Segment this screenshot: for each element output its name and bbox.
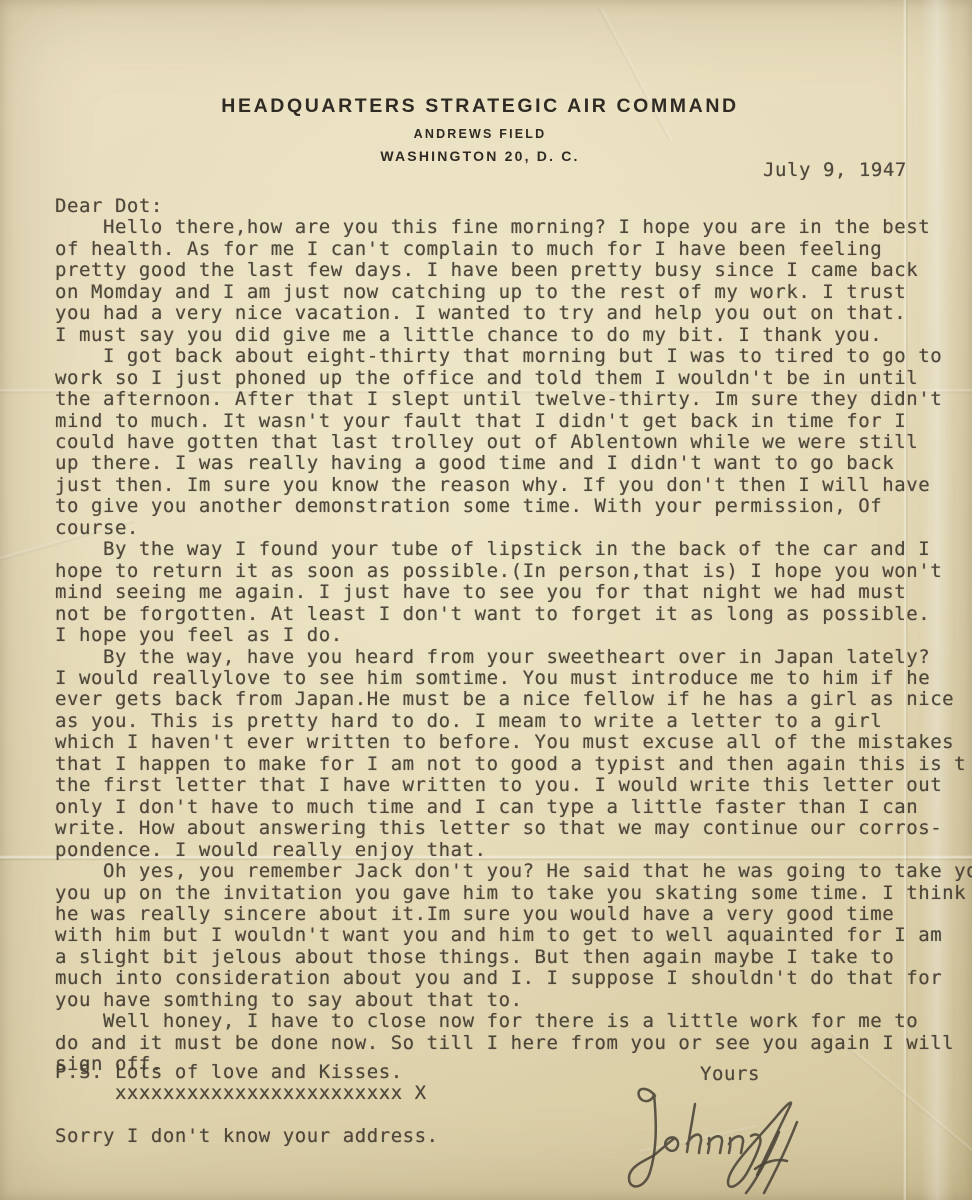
letterhead-command-name: HEADQUARTERS STRATEGIC AIR COMMAND (0, 95, 960, 118)
paragraph-2: I got back about eight-thirty that morni… (55, 346, 972, 539)
signature-stroke (629, 1089, 656, 1187)
signature-flourish (764, 1122, 797, 1193)
signature-johnny (603, 1072, 893, 1200)
postscript: P.S. Lots of love and Kisses. xxxxxxxxxx… (55, 1062, 427, 1105)
date-line: July 9, 1947 (763, 160, 907, 181)
signature-stroke (687, 1104, 701, 1153)
signature-stroke (653, 1137, 678, 1156)
letterhead-field-name: ANDREWS FIELD (0, 127, 960, 141)
salutation: Dear Dot: (55, 196, 972, 217)
letterhead: HEADQUARTERS STRATEGIC AIR COMMAND ANDRE… (0, 95, 960, 164)
signature-stroke (708, 1136, 722, 1153)
signature-stroke (729, 1136, 743, 1153)
paragraph-5: Oh yes, you remember Jack don't you? He … (55, 861, 972, 1011)
paragraph-1: Hello there,how are you this fine mornin… (55, 217, 972, 346)
letter-body: Dear Dot: Hello there,how are you this f… (55, 196, 972, 1076)
paragraph-3: By the way I found your tube of lipstick… (55, 539, 972, 646)
address-note: Sorry I don't know your address. (55, 1126, 439, 1147)
paragraph-4: By the way, have you heard from your swe… (55, 647, 972, 862)
letter-page: HEADQUARTERS STRATEGIC AIR COMMAND ANDRE… (0, 0, 972, 1200)
